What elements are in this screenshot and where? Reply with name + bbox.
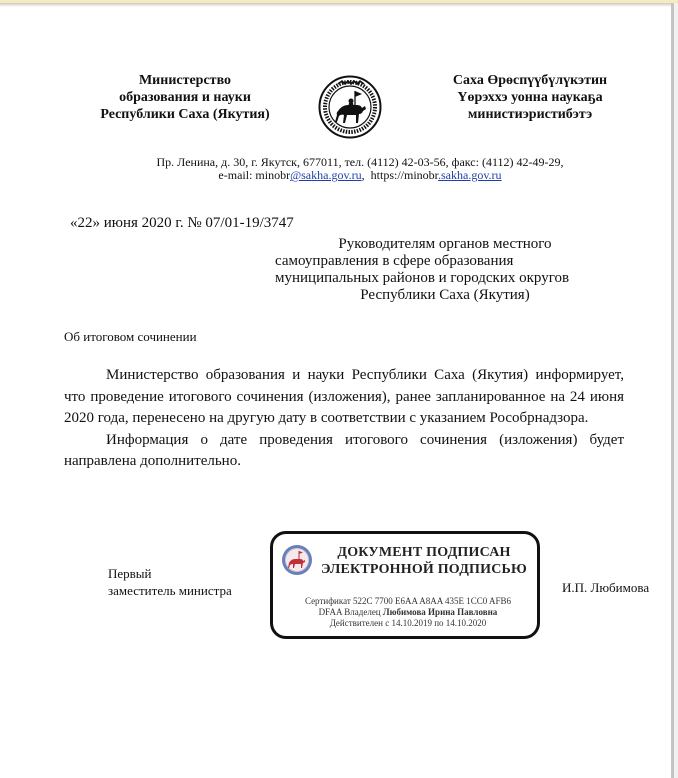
signatory-name: И.П. Любимова	[562, 579, 649, 596]
email-label: e-mail: minobr	[218, 168, 290, 182]
registration-number: «22» июня 2020 г. № 07/01-19/3747	[70, 214, 294, 232]
online-contacts: e-mail: minobr@sakha.gov.ru, https://min…	[120, 169, 600, 182]
position-line: Первый	[108, 565, 232, 582]
letter-body: Министерство образования и науки Республ…	[64, 365, 624, 473]
owner-name: Любимова Ирина Павловна	[383, 607, 497, 617]
certificate-number: Сертификат 522C 7700 E6AA A8AA 435E 1CC0…	[283, 596, 533, 607]
electronic-signature-stamp: ДОКУМЕНТ ПОДПИСАН ЭЛЕКТРОННОЙ ПОДПИСЬЮ С…	[270, 531, 540, 639]
certificate-validity: Действителен с 14.10.2019 по 14.10.2020	[283, 618, 533, 629]
stamp-title-line: ДОКУМЕНТ ПОДПИСАН	[313, 544, 535, 561]
certificate-owner: DFAA Владелец Любимова Ирина Павловна	[283, 607, 533, 618]
contact-info: Пр. Ленина, д. 30, г. Якутск, 677011, те…	[120, 156, 600, 182]
ministry-line: Республики Саха (Якутия)	[80, 106, 290, 123]
signatory-position: Первый заместитель министра	[108, 565, 232, 599]
addressee-block: Руководителям органов местного самоуправ…	[275, 236, 615, 304]
subject-line: Об итоговом сочинении	[64, 329, 197, 345]
site-prefix: https://minobr	[371, 168, 438, 182]
stamp-title-line: ЭЛЕКТРОННОЙ ПОДПИСЬЮ	[313, 561, 535, 578]
viewer-scrollbar[interactable]	[674, 3, 678, 778]
body-paragraph: Министерство образования и науки Республ…	[64, 365, 624, 430]
separator: ,	[362, 168, 371, 182]
owner-prefix: DFAA Владелец	[319, 607, 383, 617]
certificate-info: Сертификат 522C 7700 E6AA A8AA 435E 1CC0…	[283, 596, 533, 629]
position-line: заместитель министра	[108, 582, 232, 599]
ministry-name-sakha: Саха Өрөспүүбүлүкэтин Үөрэххэ уонна наук…	[420, 72, 640, 123]
body-paragraph: Информация о дате проведения итогового с…	[64, 430, 624, 473]
stamp-title: ДОКУМЕНТ ПОДПИСАН ЭЛЕКТРОННОЙ ПОДПИСЬЮ	[313, 544, 535, 578]
ministry-line: Министерство	[80, 72, 290, 89]
ministry-name-russian: Министерство образования и науки Республ…	[80, 72, 290, 123]
addressee-line: Руководителям органов местного	[275, 236, 615, 253]
ministry-line: министиэристибэтэ	[420, 106, 640, 123]
addressee-line: самоуправления в сфере образования	[275, 253, 615, 270]
ministry-line: Саха Өрөспүүбүлүкэтин	[420, 72, 640, 89]
coat-of-arms-icon	[318, 75, 382, 139]
email-link[interactable]: @sakha.gov.ru	[290, 168, 362, 182]
website-link[interactable]: .sakha.gov.ru	[438, 168, 502, 182]
ministry-line: образования и науки	[80, 89, 290, 106]
ministry-line: Үөрэххэ уонна наукаҕа	[420, 89, 640, 106]
coat-of-arms-color-icon	[281, 544, 313, 576]
document-page: Министерство образования и науки Республ…	[0, 7, 671, 778]
addressee-line: Республики Саха (Якутия)	[275, 287, 615, 304]
addressee-line: муниципальных районов и городских округо…	[275, 270, 615, 287]
